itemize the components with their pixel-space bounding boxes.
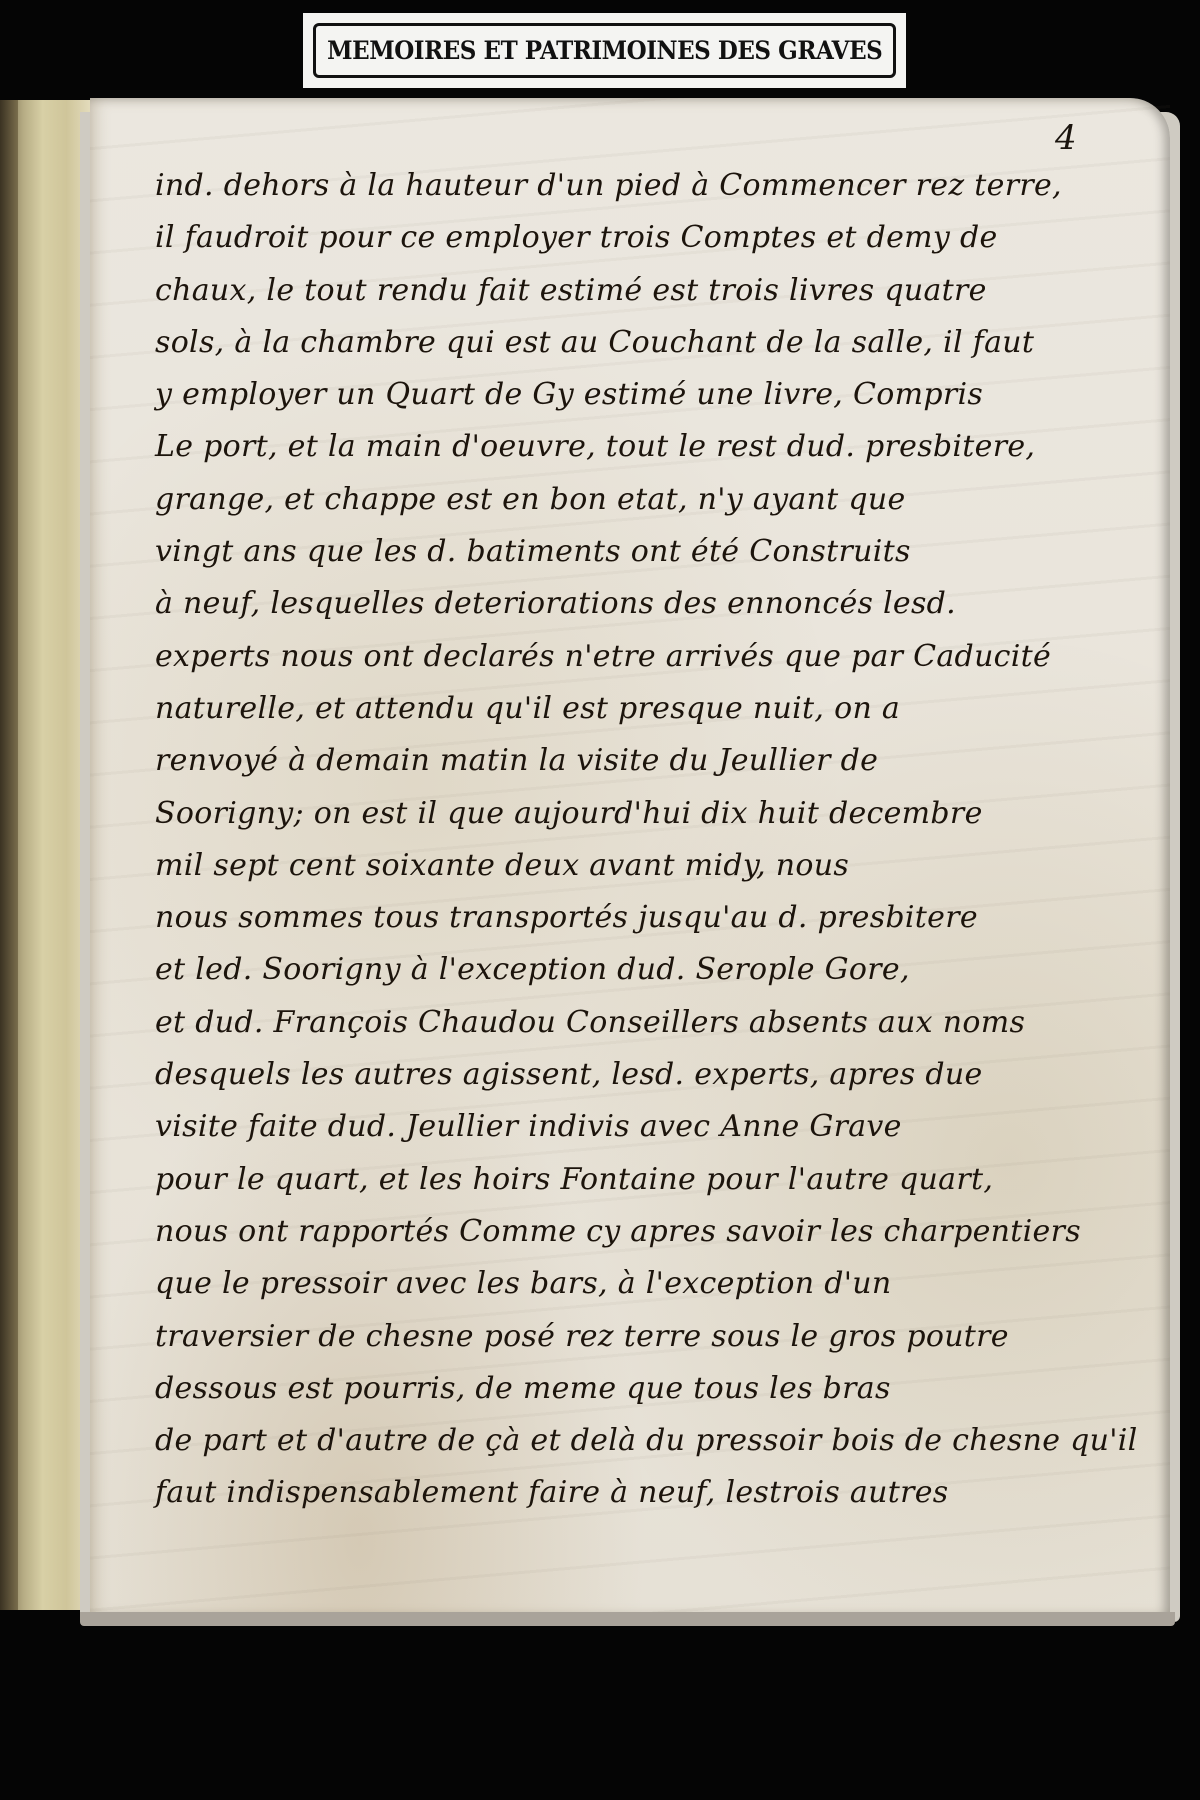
text-line: grange, et chappe est en bon etat, n'y a… <box>155 474 1155 526</box>
binding-spine <box>0 100 18 1610</box>
text-line: chaux, le tout rendu fait estimé est tro… <box>155 265 1155 317</box>
banner-frame: MEMOIRES ET PATRIMOINES DES GRAVES <box>313 23 896 78</box>
text-line: y employer un Quart de Gy estimé une liv… <box>155 369 1155 421</box>
text-line: Le port, et la main d'oeuvre, tout le re… <box>155 421 1155 473</box>
text-line: renvoyé à demain matin la visite du Jeul… <box>155 735 1155 787</box>
text-line: mil sept cent soixante deux avant midy, … <box>155 840 1155 892</box>
text-line: sols, à la chambre qui est au Couchant d… <box>155 317 1155 369</box>
manuscript-page: 4 ind. dehors à la hauteur d'un pied à C… <box>90 98 1170 1618</box>
text-line: visite faite dud. Jeullier indivis avec … <box>155 1101 1155 1153</box>
text-line: nous ont rapportés Comme cy apres savoir… <box>155 1206 1155 1258</box>
folio-number: 4 <box>1055 118 1077 158</box>
text-line: ind. dehors à la hauteur d'un pied à Com… <box>155 160 1155 212</box>
text-line: traversier de chesne posé rez terre sous… <box>155 1311 1155 1363</box>
text-line: faut indispensablement faire à neuf, les… <box>155 1467 1155 1519</box>
text-line: pour le quart, et les hoirs Fontaine pou… <box>155 1154 1155 1206</box>
text-line: Soorigny; on est il que aujourd'hui dix … <box>155 788 1155 840</box>
text-line: nous sommes tous transportés jusqu'au d.… <box>155 892 1155 944</box>
page-bottom-edge <box>80 1612 1175 1626</box>
text-line: et led. Soorigny à l'exception dud. Sero… <box>155 944 1155 996</box>
text-line: desquels les autres agissent, lesd. expe… <box>155 1049 1155 1101</box>
text-line: et dud. François Chaudou Conseillers abs… <box>155 997 1155 1049</box>
text-line: naturelle, et attendu qu'il est presque … <box>155 683 1155 735</box>
text-line: à neuf, lesquelles deteriorations des en… <box>155 578 1155 630</box>
banner-title: MEMOIRES ET PATRIMOINES DES GRAVES <box>327 36 882 65</box>
handwritten-text: ind. dehors à la hauteur d'un pied à Com… <box>155 160 1155 1520</box>
text-line: experts nous ont declarés n'etre arrivés… <box>155 631 1155 683</box>
text-line: de part et d'autre de çà et delà du pres… <box>155 1415 1155 1467</box>
archive-banner: MEMOIRES ET PATRIMOINES DES GRAVES <box>303 13 906 88</box>
text-line: vingt ans que les d. batiments ont été C… <box>155 526 1155 578</box>
text-line: que le pressoir avec les bars, à l'excep… <box>155 1258 1155 1310</box>
text-line: il faudroit pour ce employer trois Compt… <box>155 212 1155 264</box>
text-line: dessous est pourris, de meme que tous le… <box>155 1363 1155 1415</box>
